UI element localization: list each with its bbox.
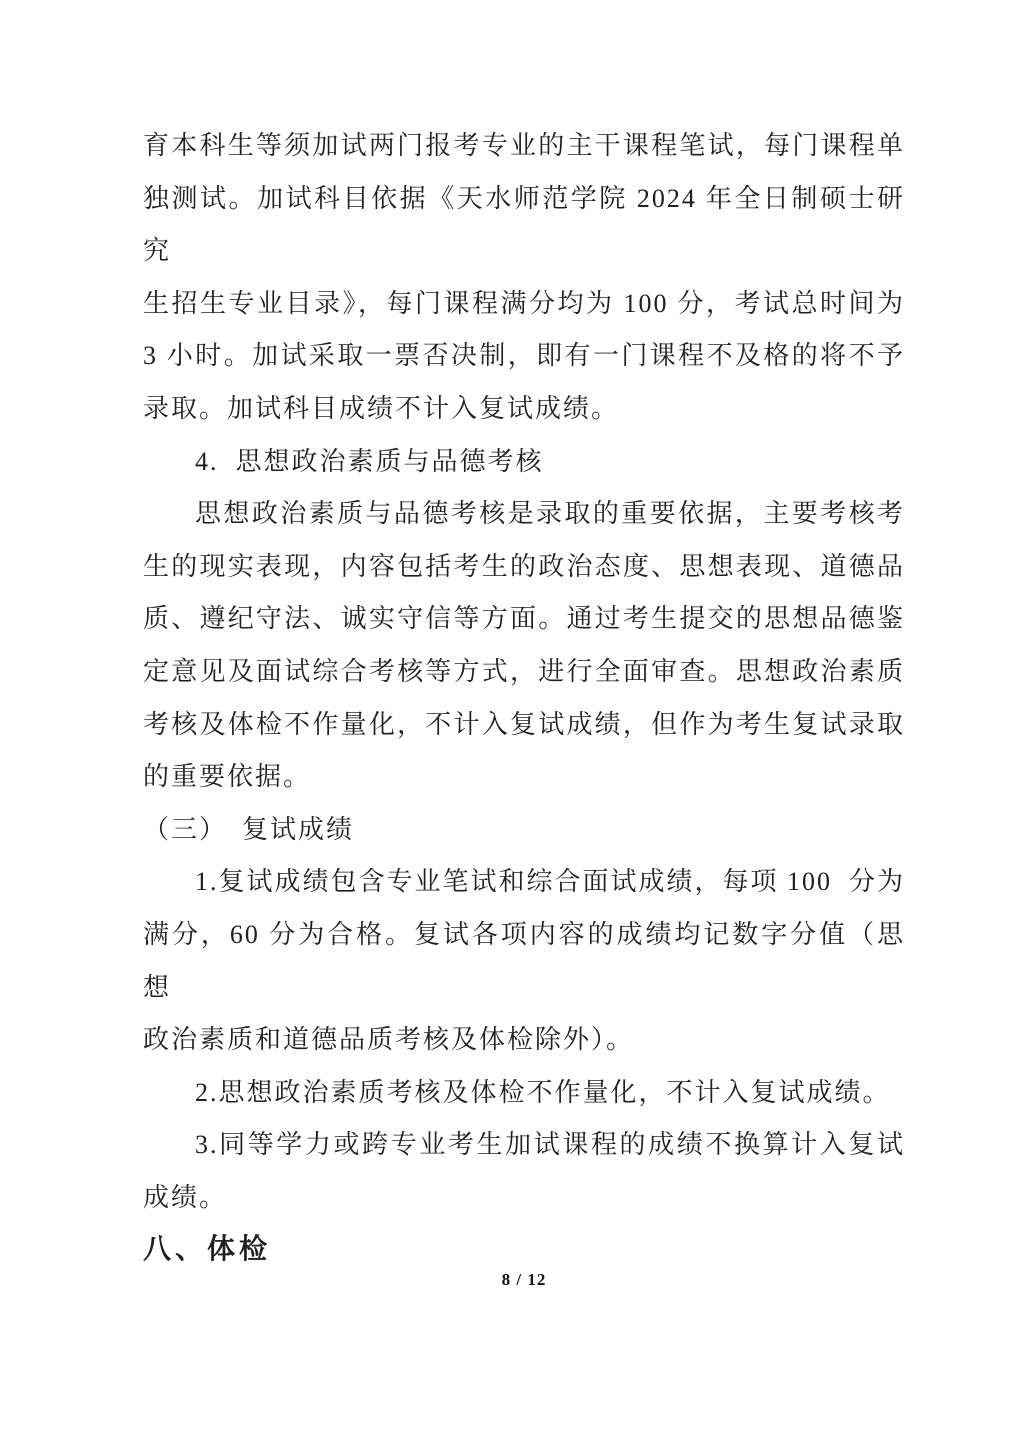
text-line: 思想政治素质与品德考核是录取的重要依据，主要考核考 [143, 488, 905, 541]
text-line: 的重要依据。 [143, 751, 905, 804]
text-line: 3 小时。加试采取一票否决制，即有一门课程不及格的将不予 [143, 330, 905, 383]
subsection-heading: （三） 复试成绩 [143, 804, 905, 857]
text-line: 3.同等学力或跨专业考生加试课程的成绩不换算计入复试 [143, 1119, 905, 1172]
text-line: 考核及体检不作量化，不计入复试成绩，但作为考生复试录取 [143, 699, 905, 752]
text-line: 质、遵纪守法、诚实守信等方面。通过考生提交的思想品德鉴 [143, 593, 905, 646]
document-page: 育本科生等须加试两门报考专业的主干课程笔试，每门课程单 独测试。加试科目依据《天… [0, 0, 1024, 1448]
text-line: 录取。加试科目成绩不计入复试成绩。 [143, 383, 905, 436]
text-line: 政治素质和道德品质考核及体检除外）。 [143, 1014, 905, 1067]
text-line: 2.思想政治素质考核及体检不作量化，不计入复试成绩。 [143, 1067, 905, 1120]
text-line: 生招生专业目录》，每门课程满分均为 100 分，考试总时间为 [143, 278, 905, 331]
list-item-4-title: 4. 思想政治素质与品德考核 [143, 436, 905, 489]
text-line: 满分，60 分为合格。复试各项内容的成绩均记数字分值（思想 [143, 909, 905, 1014]
text-line: 定意见及面试综合考核等方式，进行全面审查。思想政治素质 [143, 646, 905, 699]
page-number: 8 / 12 [143, 1270, 905, 1290]
text-line: 成绩。 [143, 1172, 905, 1225]
text-line: 独测试。加试科目依据《天水师范学院 2024 年全日制硕士研究 [143, 173, 905, 278]
text-line: 育本科生等须加试两门报考专业的主干课程笔试，每门课程单 [143, 120, 905, 173]
text-line: 生的现实表现，内容包括考生的政治态度、思想表现、道德品 [143, 541, 905, 594]
text-line: 1.复试成绩包含专业笔试和综合面试成绩，每项 100 分为 [143, 856, 905, 909]
text-block: 育本科生等须加试两门报考专业的主干课程笔试，每门课程单 独测试。加试科目依据《天… [143, 120, 905, 1277]
